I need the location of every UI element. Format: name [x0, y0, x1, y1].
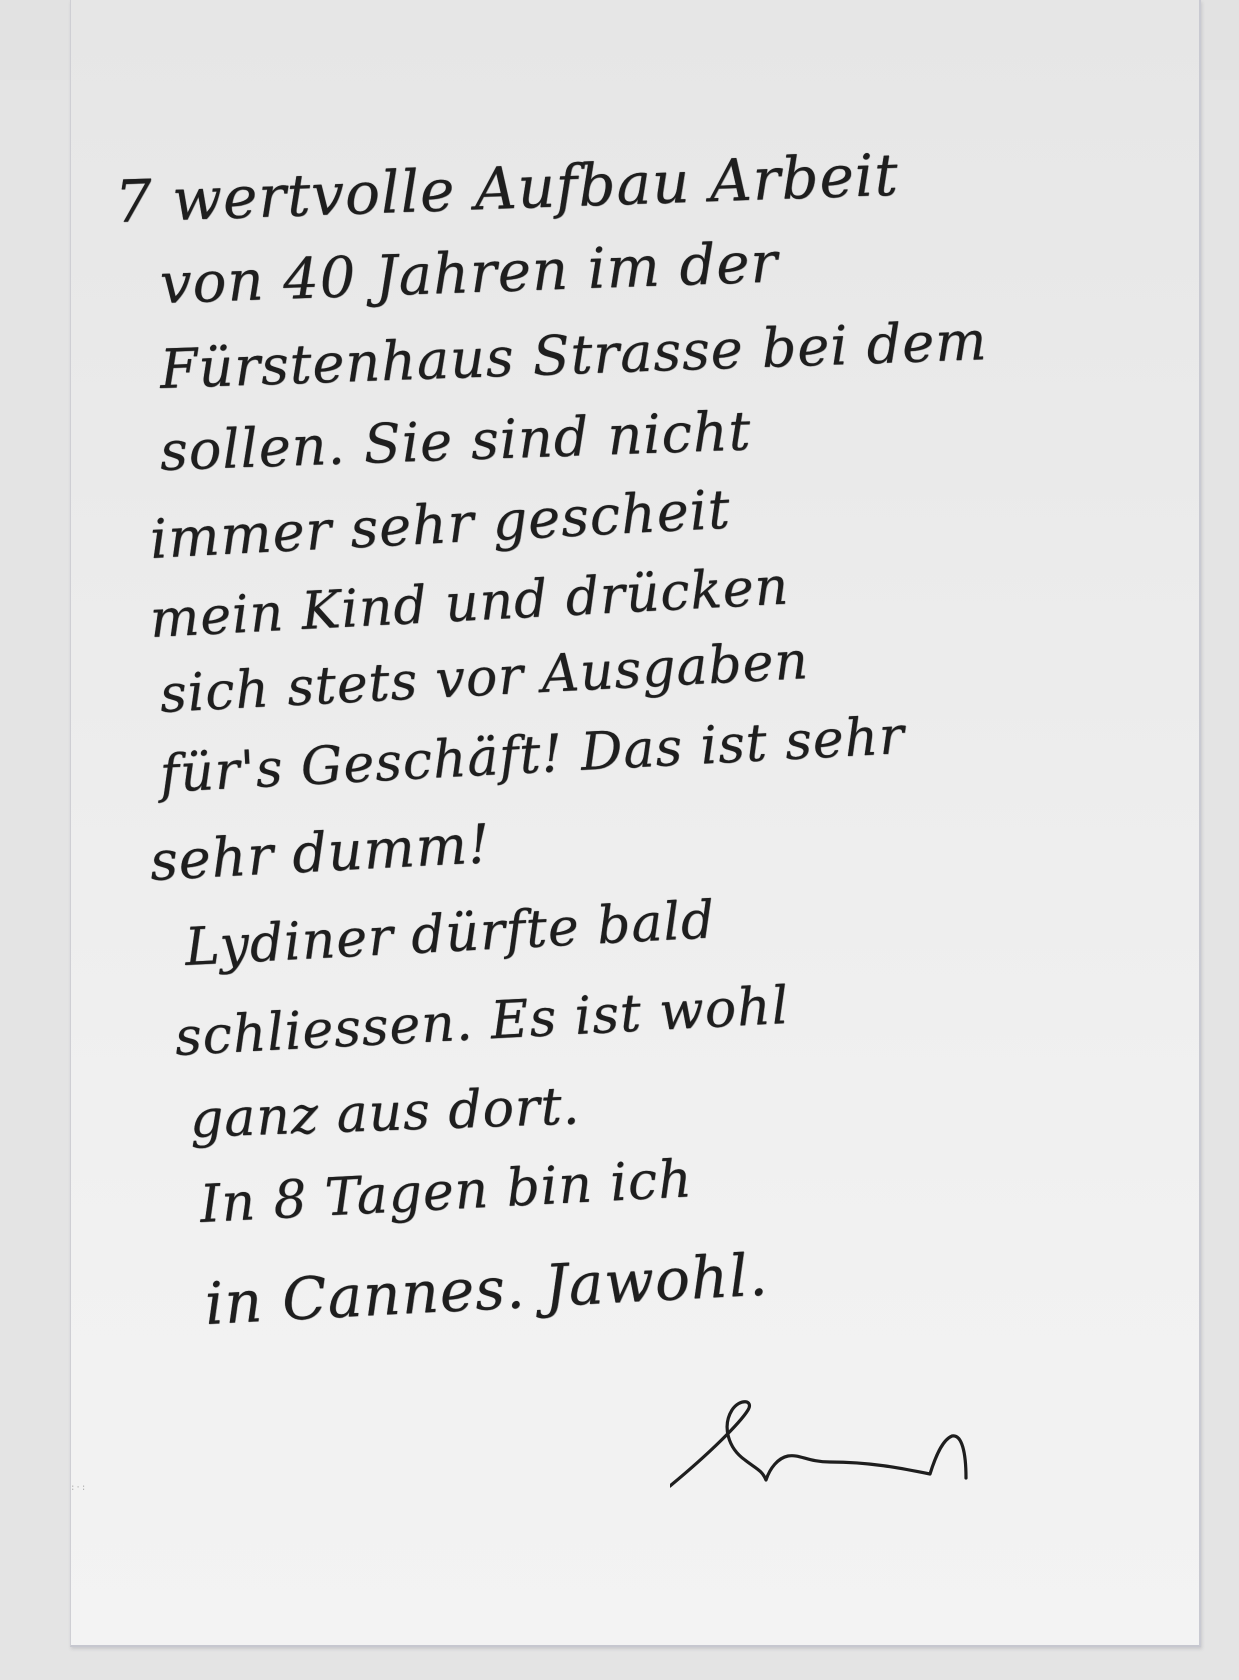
signature — [670, 1398, 970, 1488]
margin-marks: :·: — [70, 1485, 80, 1505]
